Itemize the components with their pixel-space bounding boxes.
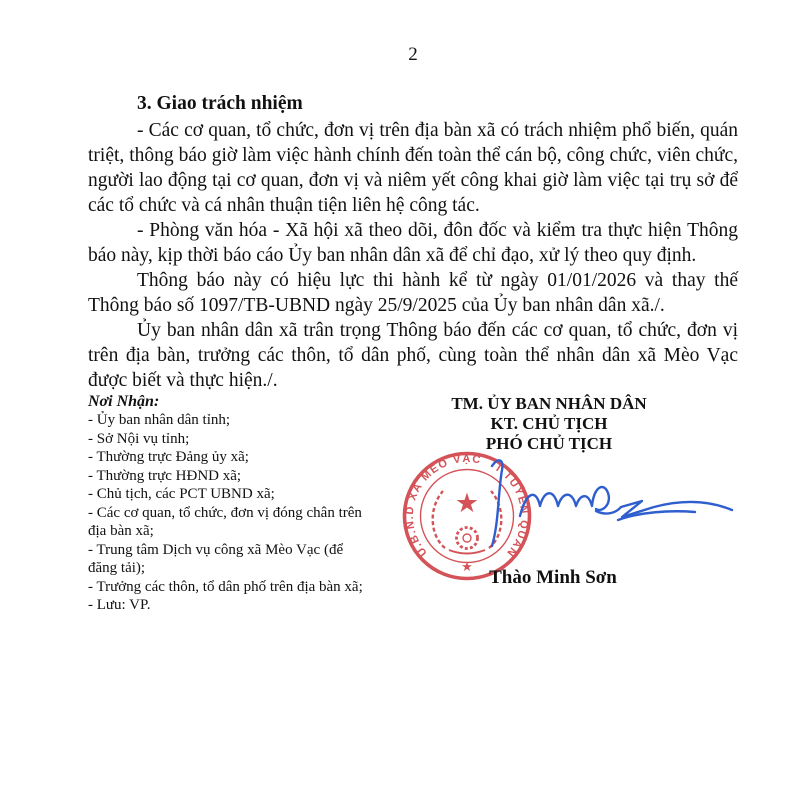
page-number: 2 [88, 44, 738, 66]
signature-authority: TM. ỦY BAN NHÂN DÂN [418, 394, 680, 414]
signature-stroke-tail [596, 501, 732, 517]
recipient-item: - Thường trực Đảng ủy xã; [88, 448, 374, 467]
paragraph: - Các cơ quan, tổ chức, đơn vị trên địa … [88, 118, 738, 218]
recipient-item: - Trưởng các thôn, tổ dân phố trên địa b… [88, 578, 374, 597]
document-body: 3. Giao trách nhiệm - Các cơ quan, tổ ch… [88, 91, 738, 393]
recipient-item: - Lưu: VP. [88, 596, 374, 615]
signature-stroke-underline [618, 511, 695, 520]
recipient-item: - Ủy ban nhân dân tỉnh; [88, 411, 374, 430]
recipient-item: - Các cơ quan, tổ chức, đơn vị đóng chân… [88, 504, 374, 541]
signature-ink [470, 452, 740, 564]
document-page: 2 3. Giao trách nhiệm - Các cơ quan, tổ … [0, 0, 788, 789]
recipient-item: - Trung tâm Dịch vụ công xã Mèo Vạc (để … [88, 541, 374, 578]
paragraph: Ủy ban nhân dân xã trân trọng Thông báo … [88, 318, 738, 393]
signature-stroke-stem [492, 460, 502, 546]
signature-deputized: KT. CHỦ TỊCH [418, 414, 680, 434]
recipients-list: Nơi Nhận: - Ủy ban nhân dân tỉnh; - Sở N… [88, 392, 374, 615]
paragraph: Thông báo này có hiệu lực thi hành kể từ… [88, 268, 738, 318]
recipient-item: - Sở Nội vụ tỉnh; [88, 430, 374, 449]
paragraph: - Phòng văn hóa - Xã hội xã theo dõi, đô… [88, 218, 738, 268]
recipients-label: Nơi Nhận: [88, 392, 374, 411]
signature-heading-block: TM. ỦY BAN NHÂN DÂN KT. CHỦ TỊCH PHÓ CHỦ… [418, 394, 680, 454]
emblem-wreath-left [433, 491, 445, 548]
recipient-item: - Thường trực HĐND xã; [88, 467, 374, 486]
recipient-item: - Chủ tịch, các PCT UBND xã; [88, 485, 374, 504]
section-heading: 3. Giao trách nhiệm [88, 91, 738, 116]
signer-name: Thào Minh Sơn [448, 567, 658, 589]
